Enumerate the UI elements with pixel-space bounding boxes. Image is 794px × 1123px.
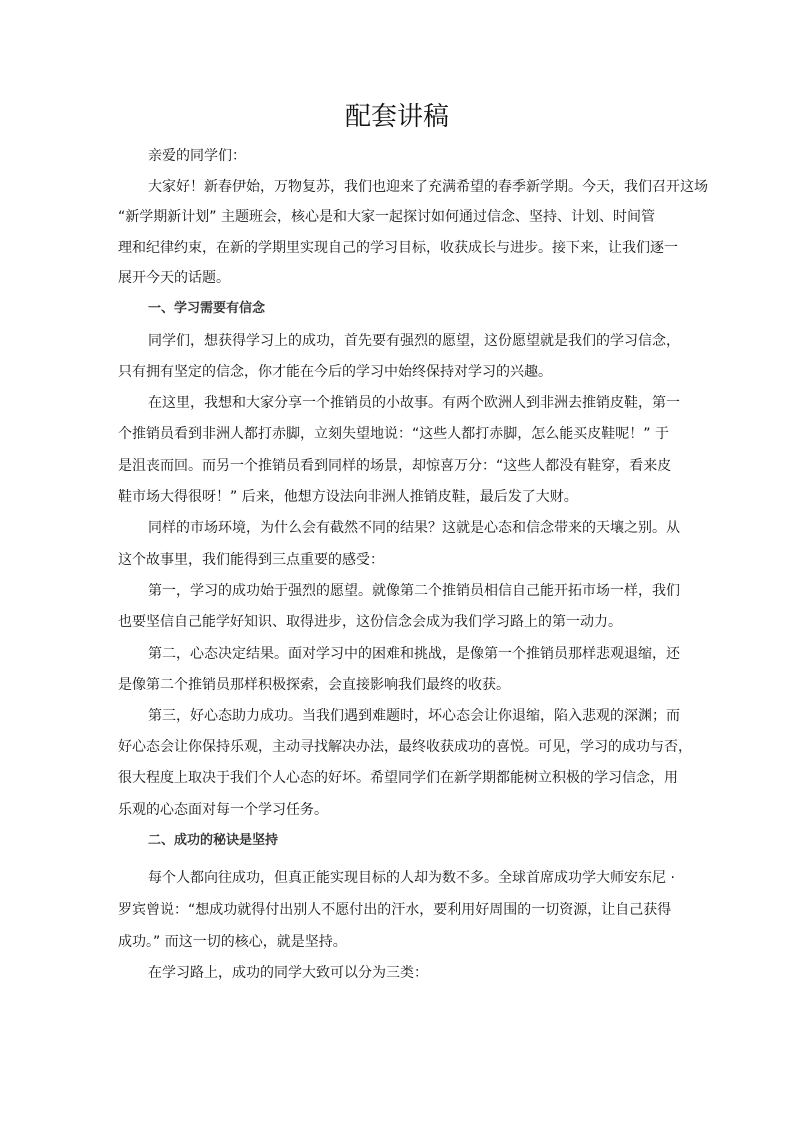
page-title: 配套讲稿 bbox=[0, 100, 794, 134]
paragraph-line: 每个人都向往成功，但真正能实现目标的人却为数不多。全球首席成功学大师安东尼 · bbox=[148, 868, 675, 888]
section-heading: 一、学习需要有信念 bbox=[148, 299, 265, 319]
paragraph-line: 大家好！新春伊始，万物复苏，我们也迎来了充满希望的春季新学期。今天，我们召开这场 bbox=[148, 177, 708, 197]
paragraph-line: 展开今天的话题。 bbox=[118, 268, 230, 288]
paragraph-line: 第三，好心态助力成功。当我们遇到难题时，坏心态会让你退缩，陷入悲观的深渊；而 bbox=[148, 706, 680, 726]
paragraph-line: 第二，心态决定结果。面对学习中的困难和挑战，是像第一个推销员那样悲观退缩，还 bbox=[148, 644, 680, 664]
paragraph-line: 成功。” 而这一切的核心，就是坚持。 bbox=[118, 932, 347, 952]
paragraph-line: 在这里，我想和大家分享一个推销员的小故事。有两个欧洲人到非洲去推销皮鞋，第一 bbox=[148, 393, 680, 413]
paragraph-line: 第一，学习的成功始于强烈的愿望。就像第二个推销员相信自己能开拓市场一样，我们 bbox=[148, 581, 680, 601]
paragraph-line: 个推销员看到非洲人都打赤脚，立刻失望地说：“这些人都打赤脚，怎么能买皮鞋呢！” … bbox=[118, 424, 669, 444]
paragraph-line: 鞋市场大得很呀！” 后来，他想方设法向非洲人推销皮鞋，最后发了大财。 bbox=[118, 487, 578, 507]
paragraph-line: 也要坚信自己能学好知识、取得进步，这份信念会成为我们学习路上的第一动力。 bbox=[118, 612, 622, 632]
paragraph-line: 理和纪律约束，在新的学期里实现自己的学习目标，收获成长与进步。接下来，让我们逐一 bbox=[118, 238, 678, 258]
paragraph-line: 同学们，想获得学习上的成功，首先要有强烈的愿望，这份愿望就是我们的学习信念， bbox=[148, 331, 680, 351]
paragraph-line: 是像第二个推销员那样积极探索，会直接影响我们最终的收获。 bbox=[118, 675, 510, 695]
paragraph-line: 在学习路上，成功的同学大致可以分为三类： bbox=[148, 963, 428, 983]
paragraph-line: 这个故事里，我们能得到三点重要的感受： bbox=[118, 550, 384, 570]
paragraph-line: 是沮丧而回。而另一个推销员看到同样的场景，却惊喜万分：“这些人都没有鞋穿，看来皮 bbox=[118, 456, 671, 476]
paragraph-line: 同样的市场环境，为什么会有截然不同的结果？这就是心态和信念带来的天壤之别。从 bbox=[148, 518, 680, 538]
paragraph-line: 好心态会让你保持乐观，主动寻找解决办法，最终收获成功的喜悦。可见，学习的成功与否… bbox=[118, 737, 692, 757]
paragraph-line: 罗宾曾说：“想成功就得付出别人不愿付出的汗水，要利用好周围的一切资源，让自己获得 bbox=[118, 900, 671, 920]
paragraph-line: 亲爱的同学们： bbox=[148, 146, 246, 166]
paragraph-line: 乐观的心态面对每一个学习任务。 bbox=[118, 800, 328, 820]
section-heading: 二、成功的秘诀是坚持 bbox=[148, 831, 278, 851]
paragraph-line: 只有拥有坚定的信念，你才能在今后的学习中始终保持对学习的兴趣。 bbox=[118, 362, 552, 382]
paragraph-line: “新学期新计划” 主题班会，核心是和大家一起探讨如何通过信念、坚持、计划、时间管 bbox=[118, 207, 655, 227]
document-page: 配套讲稿 亲爱的同学们：大家好！新春伊始，万物复苏，我们也迎来了充满希望的春季新… bbox=[0, 0, 794, 1123]
paragraph-line: 很大程度上取决于我们个人心态的好坏。希望同学们在新学期都能树立积极的学习信念，用 bbox=[118, 768, 678, 788]
